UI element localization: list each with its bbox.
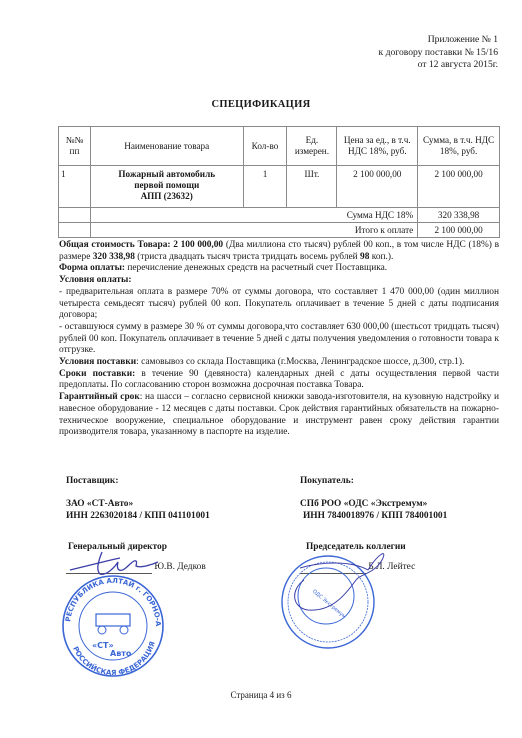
total-row: Итого к оплате 2 100 000,00	[59, 223, 500, 238]
buyer-label: Покупатель:	[300, 475, 354, 487]
total-cost-vat: 320 338,98	[93, 252, 135, 262]
payment-form-text: перечисление денежных средств на расчетн…	[127, 263, 387, 273]
cell-unit-price: 2 100 000,00	[337, 166, 418, 208]
page-number: Страница 4 из 6	[0, 690, 522, 700]
cell-unit: Шт.	[287, 166, 337, 208]
supplier-details: ЗАО «СТ-Авто» ИНН 2263020184 / КПП 04110…	[66, 498, 210, 522]
total-cost-vat-words: (триста двадцать тысяч триста тридцать в…	[137, 252, 357, 262]
appendix-line-3: от 12 августа 2015г.	[379, 59, 498, 72]
specification-table: №№ пп Наименование товара Кол-во Ед. изм…	[58, 126, 500, 238]
product-name-line-1: Пожарный автомобиль	[93, 169, 241, 180]
table-header-row: №№ пп Наименование товара Кол-во Ед. изм…	[59, 127, 500, 166]
total-cost-end: коп.).	[372, 252, 394, 262]
warranty-paragraph: Гарантийный срок: на шасси – согласно се…	[59, 392, 499, 439]
payment-term-1: - предварительная оплата в размере 70% о…	[59, 287, 499, 322]
delivery-time-paragraph: Сроки поставки: в течение 90 (девяноста)…	[59, 369, 499, 392]
buyer-stamp-icon: ОДС Экстремум	[270, 550, 400, 670]
vat-row: Сумма НДС 18% 320 338,98	[59, 208, 500, 223]
delivery-terms-text: : самовывоз со склада Поставщика (г.Моск…	[136, 357, 464, 367]
payment-form-paragraph: Форма оплаты: перечисление денежных сред…	[59, 263, 499, 275]
payment-form-label: Форма оплаты:	[59, 263, 125, 273]
header-sum: Сумма, в т.ч. НДС 18%, руб.	[418, 127, 500, 166]
vat-value: 320 338,98	[418, 208, 500, 223]
product-name-line-2: первой помощи	[93, 180, 241, 191]
terms-section: Общая стоимость Товара: 2 100 000,00 (Дв…	[59, 240, 499, 439]
appendix-line-1: Приложение № 1	[379, 34, 498, 47]
header-unit: Ед. измерен.	[287, 127, 337, 166]
document-title: СПЕЦИФИКАЦИЯ	[0, 99, 522, 110]
vat-row-spacer	[59, 208, 91, 223]
buyer-ids: ИНН 7840018976 / КПП 784001001	[300, 510, 447, 522]
table-row: 1 Пожарный автомобиль первой помощи АПП …	[59, 166, 500, 208]
cell-product-name: Пожарный автомобиль первой помощи АПП (2…	[90, 166, 243, 208]
total-cost-paragraph: Общая стоимость Товара: 2 100 000,00 (Дв…	[59, 240, 499, 263]
payment-term-2: - оставшуюся сумму в размере 30 % от сум…	[59, 322, 499, 357]
header-product-name: Наименование товара	[90, 127, 243, 166]
header-quantity: Кол-во	[243, 127, 287, 166]
total-cost-kopecks: 98	[360, 252, 369, 262]
total-row-spacer	[59, 223, 91, 238]
vat-label: Сумма НДС 18%	[90, 208, 417, 223]
svg-text:Авто: Авто	[110, 649, 132, 658]
total-value: 2 100 000,00	[418, 223, 500, 238]
product-name-line-3: АПП (23632)	[93, 191, 241, 202]
payment-terms-label: Условия оплаты:	[59, 275, 131, 285]
buyer-name: СПб РОО «ОДС «Экстремум»	[300, 498, 447, 510]
svg-text:РОССИЙСКАЯ ФЕДЕРАЦИЯ: РОССИЙСКАЯ ФЕДЕРАЦИЯ	[71, 640, 157, 677]
header-unit-price: Цена за ед., в т.ч. НДС 18%, руб.	[337, 127, 418, 166]
payment-terms-heading: Условия оплаты:	[59, 275, 499, 287]
supplier-stamp-icon: РЕСПУБЛИКА АЛТАЙ г. ГОРНО-АЛТАЙСК РОССИЙ…	[40, 548, 210, 688]
total-label: Итого к оплате	[90, 223, 417, 238]
header-number: №№ пп	[59, 127, 91, 166]
supplier-name: ЗАО «СТ-Авто»	[66, 498, 210, 510]
cell-sum: 2 100 000,00	[418, 166, 500, 208]
supplier-label: Поставщик:	[66, 475, 118, 487]
total-cost-amount: 2 100 000,00	[173, 240, 223, 250]
delivery-terms-label: Условия поставки	[59, 357, 136, 367]
delivery-terms-paragraph: Условия поставки: самовывоз со склада По…	[59, 357, 499, 369]
warranty-label: Гарантийный срок	[59, 392, 140, 402]
svg-text:ОДС Экстремум: ОДС Экстремум	[311, 589, 347, 621]
buyer-details: СПб РОО «ОДС «Экстремум» ИНН 7840018976 …	[300, 498, 447, 522]
cell-number: 1	[59, 166, 91, 208]
appendix-reference: Приложение № 1 к договору поставки № 15/…	[379, 34, 498, 72]
appendix-line-2: к договору поставки № 15/16	[379, 47, 498, 60]
cell-quantity: 1	[243, 166, 287, 208]
supplier-ids: ИНН 2263020184 / КПП 041101001	[66, 510, 210, 522]
delivery-time-label: Сроки поставки:	[59, 369, 135, 379]
total-cost-label: Общая стоимость Товара:	[59, 240, 171, 250]
